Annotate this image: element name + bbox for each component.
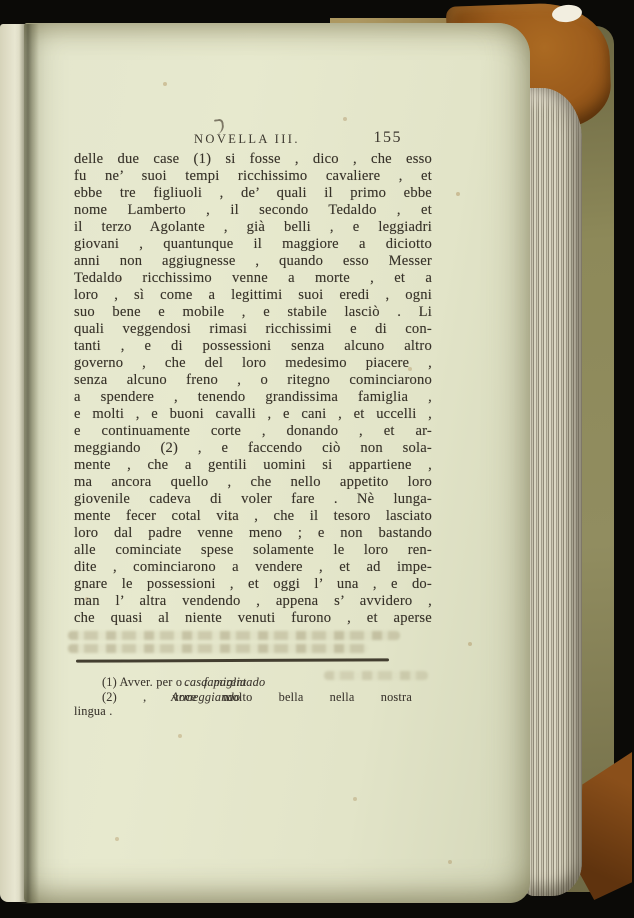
text-line: ebbe tre figliuoli , de’ quali il primo … <box>74 185 432 202</box>
ink-bleedthrough <box>68 631 400 640</box>
text-line: Tedaldo ricchissimo venne a morte , et a <box>74 270 432 287</box>
text-line: governo , che del loro medesimo piacere … <box>74 355 432 372</box>
text-line: senza alcuno freno , o ritegno cominciar… <box>74 372 432 389</box>
text-line: giovenile cadeva di voler fare . Nè lung… <box>74 491 432 508</box>
text-line: mente fecer cotal vita , che il tesoro l… <box>74 508 432 525</box>
footnote-1: (1) Avver. casa per famiglia o parentado… <box>74 675 432 690</box>
text-line: alle cominciate spese solamente le loro … <box>74 542 432 559</box>
book-scan-photo: NOVELLA III. 155 delle due case (1) si f… <box>0 0 634 918</box>
text-line: loro , sì come a legittimi suoi eredi , … <box>74 287 432 304</box>
text-line: e molti , e buoni cavalli , e cani , et … <box>74 406 432 423</box>
text-line: fu ne’ suoi tempi ricchissimo cavaliere … <box>74 168 432 185</box>
body-text: delle due case (1) si fosse , dico , che… <box>74 151 432 627</box>
text-line: nome Lamberto , il secondo Tedaldo , et <box>74 202 432 219</box>
text-line: a spendere , tenendo grandissima famigli… <box>74 389 432 406</box>
text-line: che quasi al niente venuti furono , et a… <box>74 610 432 627</box>
text-line: loro dal padre venne meno ; e non bastan… <box>74 525 432 542</box>
fore-edge-page-stack <box>524 88 582 896</box>
ink-bleedthrough <box>68 644 368 653</box>
text-line: meggiando (2) , e faccendo ciò non sola- <box>74 440 432 457</box>
gutter-shadow <box>19 24 39 904</box>
text-line: delle due case (1) si fosse , dico , che… <box>74 151 432 168</box>
book-page: NOVELLA III. 155 delle due case (1) si f… <box>24 23 530 903</box>
text-line: dite , cominciarono a vendere , et ad im… <box>74 559 432 576</box>
text-line: e continuamente corte , donando , et ar- <box>74 423 432 440</box>
text-line: mente , che a gentili uomini si appartie… <box>74 457 432 474</box>
text-line: quali veggendosi rimasi ricchissimi e di… <box>74 321 432 338</box>
page-header: NOVELLA III. 155 <box>74 129 434 151</box>
text-line: giovani , quantunque il maggiore a dicio… <box>74 236 432 253</box>
text-line: anni non aggiugnesse , quando esso Messe… <box>74 253 432 270</box>
footnote-2-line-2: lingua . <box>74 704 432 719</box>
text-line: tanti , e di possessioni senza alcuno al… <box>74 338 432 355</box>
page-number: 155 <box>374 129 403 147</box>
footnotes: (1) Avver. casa per famiglia o parentado… <box>74 675 432 719</box>
text-line: man l’ altra vendendo , appena s’ avvide… <box>74 593 432 610</box>
text-line: gnare le possessioni , et oggi l’ una , … <box>74 576 432 593</box>
footnote-2-line-1: (2) Armeggiando , voce molto bella nella… <box>74 690 412 705</box>
footnote-rule <box>76 658 389 662</box>
text-line: ma ancora quello , che nello appetito lo… <box>74 474 432 491</box>
running-title: NOVELLA III. <box>194 132 300 147</box>
text-line: suo bene e mobile , e stabile lasciò . L… <box>74 304 432 321</box>
text-line: il terzo Agolante , già belli , e leggia… <box>74 219 432 236</box>
